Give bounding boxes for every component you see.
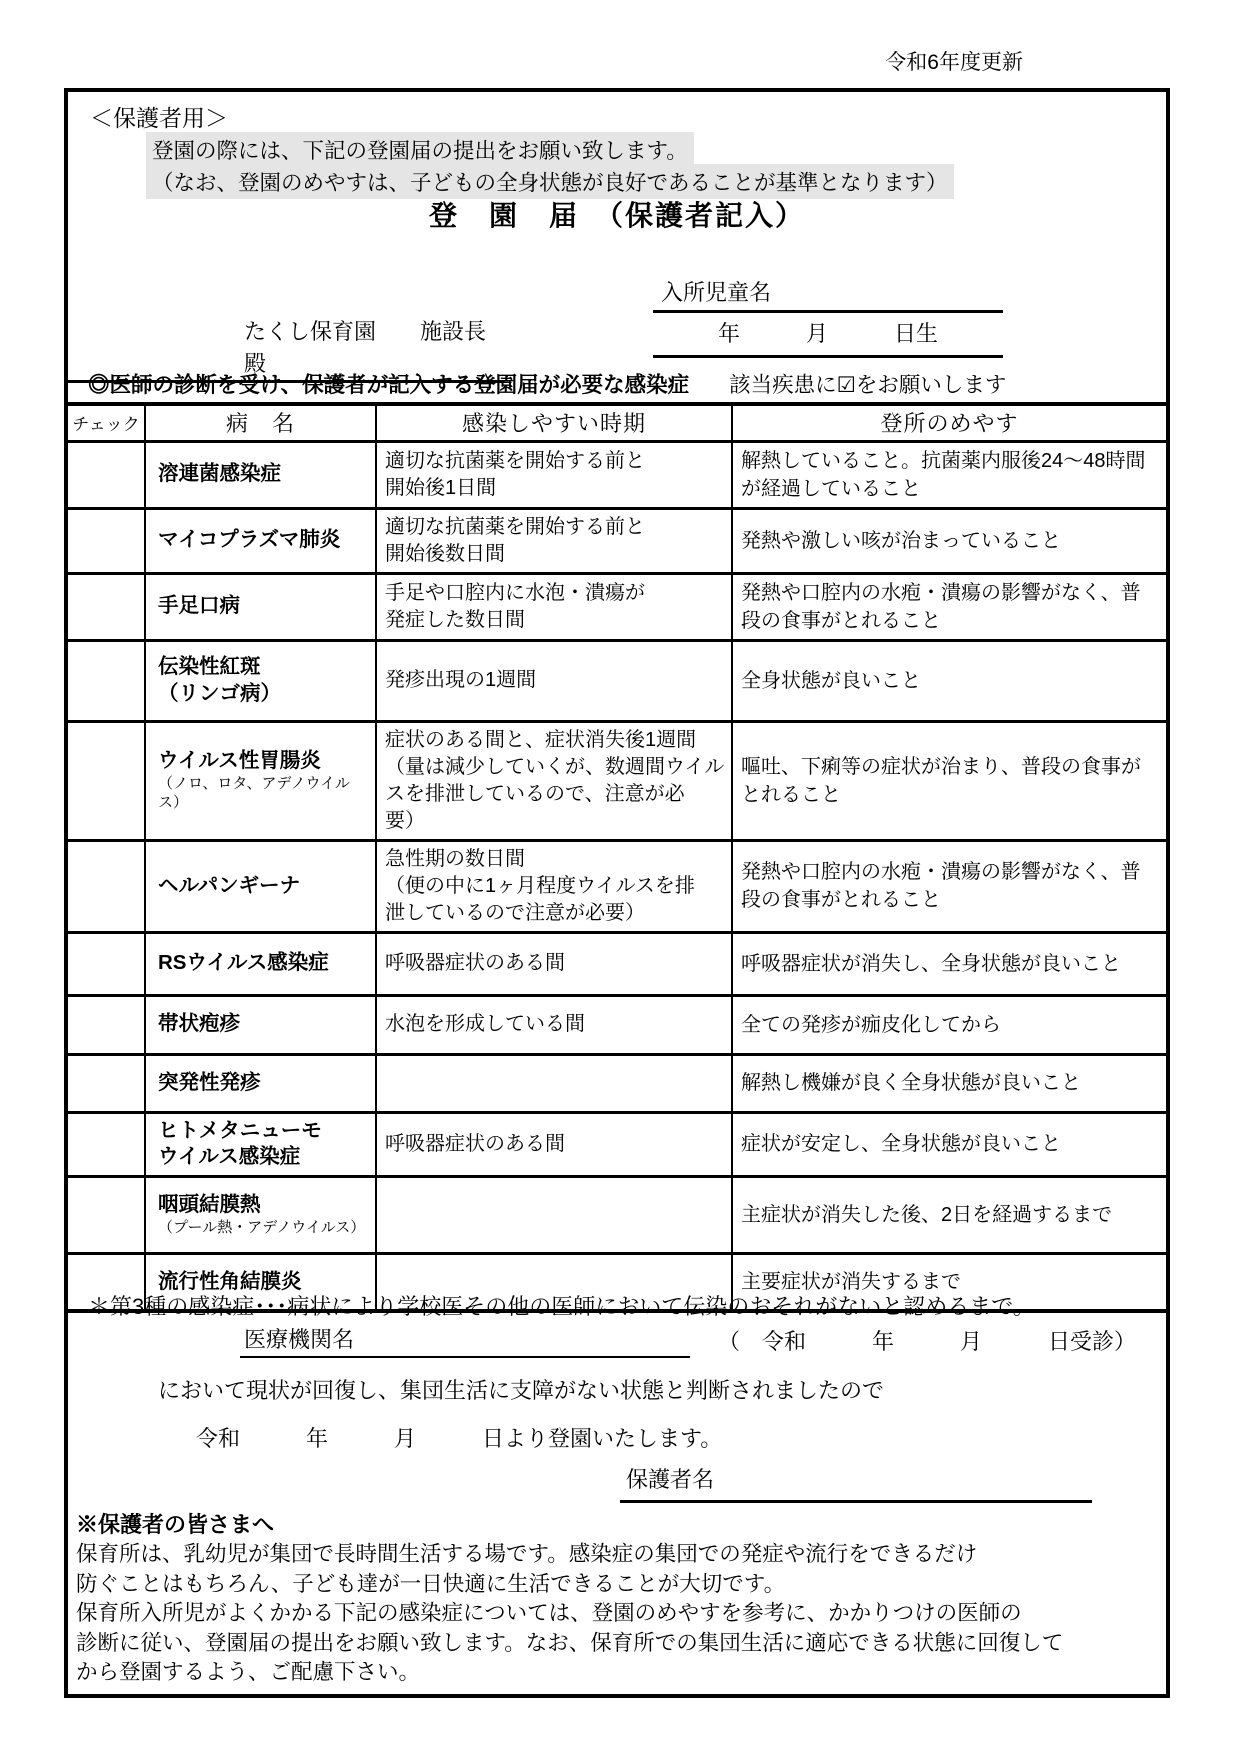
medical-institution-row: 医療機関名 （ 令和 年 月 日受診） [240,1324,1136,1358]
attendance-date-statement: 令和 年 月 日より登園いたします。 [196,1422,722,1453]
check-cell[interactable] [68,932,145,995]
disease-name: 溶連菌感染症 [158,461,371,488]
table-row: ウイルス性胃腸炎（ノロ、ロタ、アデノウイルス） 症状のある間と、症状消失後1週間… [68,721,1166,840]
disease-subname: （プール熱・アデノウイルス） [158,1219,371,1238]
child-name-field[interactable]: 入所児童名 [653,276,1003,313]
criteria-cell: 主症状が消失した後、2日を経過するまで [732,1176,1166,1253]
period-cell: 適切な抗菌薬を開始する前と 開始後数日間 [376,508,732,573]
table-row: ヘルパンギーナ 急性期の数日間 （便の中に1ヶ月程度ウイルスを排 泄しているので… [68,840,1166,932]
disease-name: マイコプラズマ肺炎 [158,527,371,554]
period-cell: 呼吸器症状のある間 [376,932,732,995]
check-cell[interactable] [68,995,145,1054]
check-cell[interactable] [68,441,145,508]
period-cell [376,1054,732,1112]
audience-label: ＜保護者用＞ [90,100,228,133]
criteria-cell: 解熱し機嫌が良く全身状態が良いこと [732,1054,1166,1112]
table-row: ヒトメタニューモ ウイルス感染症 呼吸器症状のある間 症状が安定し、全身状態が良… [68,1112,1166,1176]
period-cell: 症状のある間と、症状消失後1週間 （量は減少していくが、数週間ウイル スを排泄し… [376,721,732,840]
disease-name: RSウイルス感染症 [158,950,371,977]
check-cell[interactable] [68,1054,145,1112]
header-period: 感染しやすい時期 [376,404,732,441]
check-cell[interactable] [68,640,145,721]
check-cell[interactable] [68,721,145,840]
table-row: 手足口病 手足や口腔内に水泡・潰瘍が 発症した数日間 発熱や口腔内の水疱・潰瘍の… [68,573,1166,640]
criteria-cell: 嘔吐、下痢等の症状が治まり、普段の食事がとれること [732,721,1166,840]
instruction-line-1: 登園の際には、下記の登園届の提出をお願い致します。 [146,132,694,167]
section-heading-line: ◎医師の診断を受け、保護者が記入する登園届が必要な感染症 該当疾患に☑をお願いし… [88,368,1006,399]
criteria-cell: 解熱していること。抗菌薬内服後24～48時間が経過していること [732,441,1166,508]
header-check: チェック [68,404,145,441]
criteria-cell: 発熱や口腔内の水疱・潰瘍の影響がなく、普段の食事がとれること [732,840,1166,932]
period-cell [376,1176,732,1253]
form-title: 登 園 届 （保護者記入） [68,194,1166,234]
check-cell[interactable] [68,1112,145,1176]
period-cell: 手足や口腔内に水泡・潰瘍が 発症した数日間 [376,573,732,640]
criteria-cell: 呼吸器症状が消失し、全身状態が良いこと [732,932,1166,995]
disease-table: チェック 病 名 感染しやすい時期 登所のめやす 溶連菌感染症 適切な抗菌薬を開… [68,402,1166,1313]
disease-name: 咽頭結膜熱 [158,1192,371,1219]
table-row: 突発性発疹 解熱し機嫌が良く全身状態が良いこと [68,1054,1166,1112]
period-cell: 発疹出現の1週間 [376,640,732,721]
guardian-notice-paragraph: 保育所は、乳幼児が集団で長時間生活する場です。感染症の集団での発症や流行をできる… [76,1540,1161,1688]
child-info-block: 入所児童名 年 月 日生 [653,276,1003,358]
period-cell: 呼吸器症状のある間 [376,1112,732,1176]
disease-subname: （ノロ、ロタ、アデノウイルス） [158,775,371,813]
table-row: 帯状疱疹 水泡を形成している間 全ての発疹が痂皮化してから [68,995,1166,1054]
criteria-cell: 発熱や激しい咳が治まっていること [732,508,1166,573]
check-cell[interactable] [68,573,145,640]
table-row: マイコプラズマ肺炎 適切な抗菌薬を開始する前と 開始後数日間 発熱や激しい咳が治… [68,508,1166,573]
disease-name: ヒトメタニューモ ウイルス感染症 [158,1118,371,1171]
period-cell: 急性期の数日間 （便の中に1ヶ月程度ウイルスを排 泄しているので注意が必要） [376,840,732,932]
criteria-cell: 症状が安定し、全身状態が良いこと [732,1112,1166,1176]
disease-name: 突発性発疹 [158,1070,371,1097]
medical-institution-field[interactable]: 医療機関名 [240,1324,690,1358]
criteria-cell: 全身状態が良いこと [732,640,1166,721]
disease-name: 伝染性紅斑 （リンゴ病） [158,654,371,707]
table-row: RSウイルス感染症 呼吸器症状のある間 呼吸器症状が消失し、全身状態が良いこと [68,932,1166,995]
disease-name: 手足口病 [158,593,371,620]
section-checkbox-note: 該当疾患に☑をお願いします [729,373,1006,397]
check-cell[interactable] [68,1176,145,1253]
header-criteria: 登所のめやす [732,404,1166,441]
guardian-notice-heading: ※保護者の皆さまへ [76,1508,274,1539]
form-border-box: ＜保護者用＞ 登園の際には、下記の登園届の提出をお願い致します。 （なお、登園の… [64,88,1170,1698]
table-row: 咽頭結膜熱（プール熱・アデノウイルス） 主症状が消失した後、2日を経過するまで [68,1176,1166,1253]
table-row: 伝染性紅斑 （リンゴ病） 発疹出現の1週間 全身状態が良いこと [68,640,1166,721]
type3-infection-note: ＊第3種の感染症･･･病状により学校医その他の医師において伝染のおそれがないと認… [88,1290,1035,1321]
revision-note: 令和6年度更新 [885,46,1023,76]
criteria-cell: 発熱や口腔内の水疱・潰瘍の影響がなく、普段の食事がとれること [732,573,1166,640]
visit-date-note: （ 令和 年 月 日受診） [718,1326,1136,1358]
period-cell: 水泡を形成している間 [376,995,732,1054]
check-cell[interactable] [68,508,145,573]
section-heading: ◎医師の診断を受け、保護者が記入する登園届が必要な感染症 [88,373,689,397]
birth-date-field[interactable]: 年 月 日生 [653,313,1003,358]
criteria-cell: 全ての発疹が痂皮化してから [732,995,1166,1054]
table-row: 溶連菌感染症 適切な抗菌薬を開始する前と 開始後1日間 解熱していること。抗菌薬… [68,441,1166,508]
recovery-statement: において現状が回復し、集団生活に支障がない状態と判断されましたので [158,1374,884,1405]
disease-name: 帯状疱疹 [158,1011,371,1038]
period-cell: 適切な抗菌薬を開始する前と 開始後1日間 [376,441,732,508]
guardian-name-field[interactable]: 保護者名 [620,1460,1092,1503]
disease-name: ヘルパンギーナ [158,873,371,900]
check-cell[interactable] [68,840,145,932]
table-header-row: チェック 病 名 感染しやすい時期 登所のめやす [68,404,1166,441]
disease-name: ウイルス性胃腸炎 [158,748,371,775]
header-disease: 病 名 [145,404,376,441]
